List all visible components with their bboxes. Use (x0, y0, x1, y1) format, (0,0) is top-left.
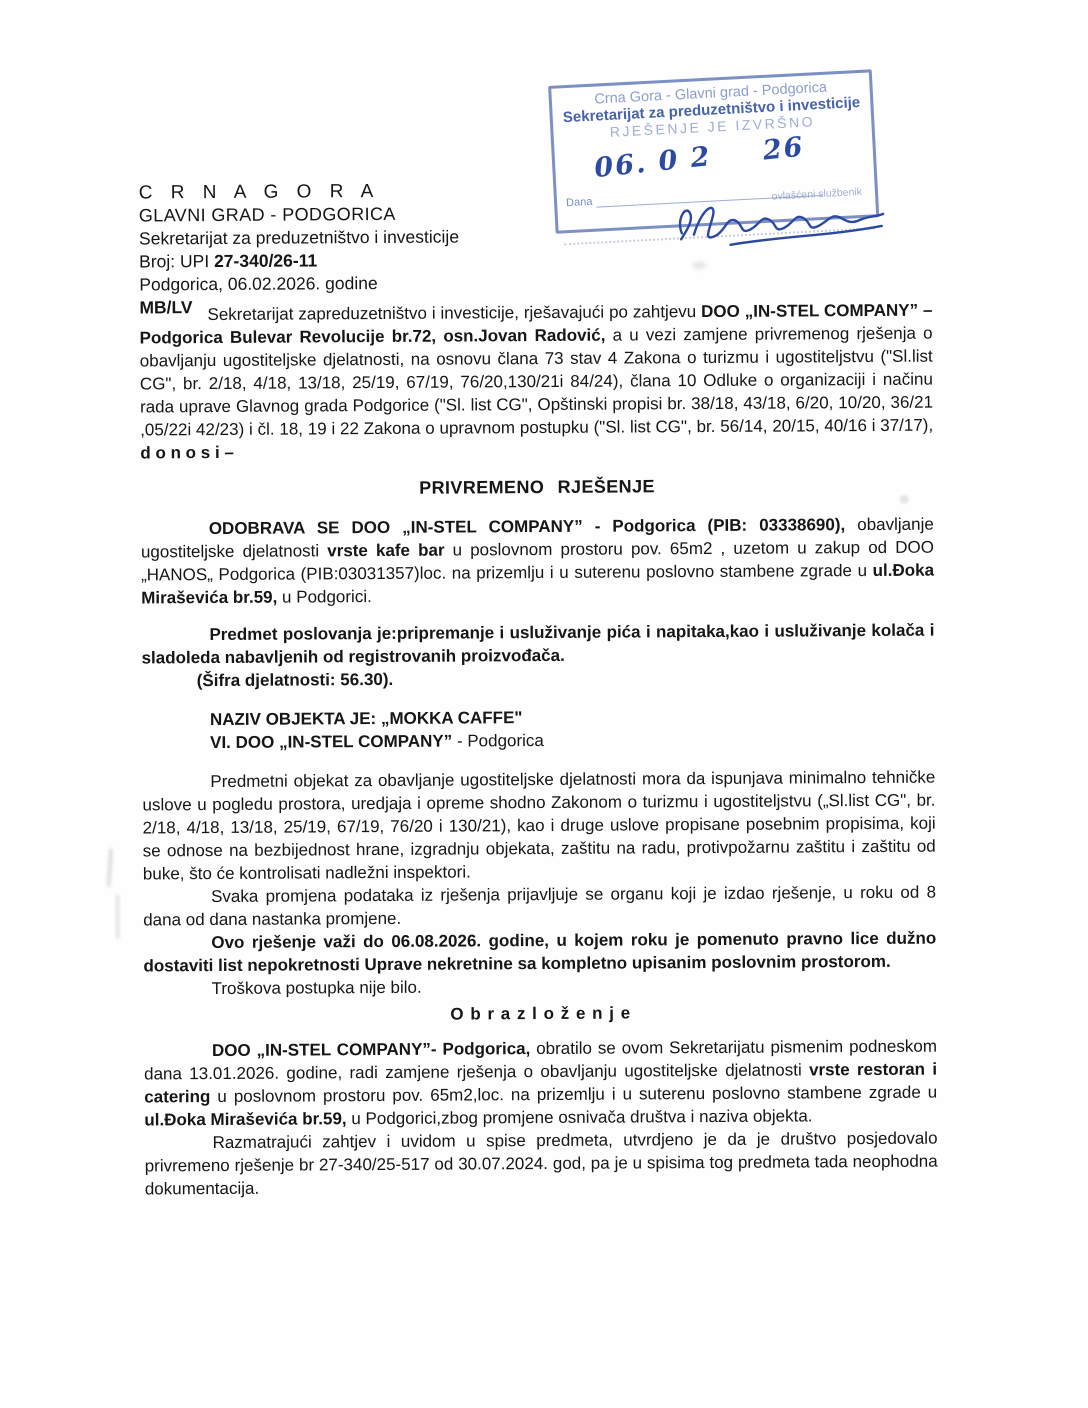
promjena-paragraph: Svaka promjena podataka iz rješenja prij… (143, 881, 936, 932)
predmet-paragraph: Predmet poslovanja je:pripremanje i uslu… (141, 619, 934, 670)
letterhead: C R N A G O R A GLAVNI GRAD - PODGORICA … (139, 180, 460, 320)
razmatranje-paragraph: Razmatrajući zahtjev i uvidom u spise pr… (144, 1127, 937, 1201)
letterhead-country: C R N A G O R A (139, 180, 459, 205)
document-page: Crna Gora - Glavni grad - Podgorica Sekr… (0, 0, 1088, 1408)
letterhead-department: Sekretarijat za preduzetništvo i investi… (139, 226, 459, 251)
vazenje-paragraph: Ovo rješenje važi do 06.08.2026. godine,… (143, 927, 936, 978)
stamp-date-label: Dana (566, 196, 593, 209)
letterhead-city: GLAVNI GRAD - PODGORICA (139, 203, 459, 228)
odobrava-paragraph: ODOBRAVA SE DOO „IN-STEL COMPANY” - Podg… (141, 513, 935, 610)
handwritten-signature (670, 187, 891, 256)
document-body: Sekretarijat zapreduzetništvo i investic… (139, 299, 937, 1201)
document-content: Crna Gora - Glavni grad - Podgorica Sekr… (0, 0, 1088, 1408)
scan-smudge (692, 262, 706, 269)
scan-smudge (107, 849, 113, 887)
intro-paragraph: Sekretarijat zapreduzetništvo i investic… (139, 299, 933, 465)
document-title: PRIVREMENO RJEŠENJE (140, 474, 933, 502)
uslovi-paragraph: Predmetni objekat za obavljanje ugostite… (142, 766, 936, 886)
letterhead-place-date: Podgorica, 06.02.2026. godine (139, 272, 459, 297)
letterhead-case-number: Broj: UPI 27-340/26-11 (139, 249, 459, 274)
podnesak-paragraph: DOO „IN-STEL COMPANY”- Podgorica, obrati… (144, 1035, 938, 1132)
scan-smudge (116, 895, 119, 939)
obrazlozenje-heading: O b r a z l o ž e n j e (144, 1000, 937, 1028)
sifra-line: (Šifra djelatnosti: 56.30). (142, 665, 935, 693)
vlasnik-line: VI. DOO „IN-STEL COMPANY” - Podgorica (142, 727, 935, 755)
executive-stamp: Crna Gora - Glavni grad - Podgorica Sekr… (548, 69, 879, 233)
troskovi-line: Troškova postupka nije bilo. (144, 973, 937, 1001)
scan-smudge (900, 495, 909, 504)
